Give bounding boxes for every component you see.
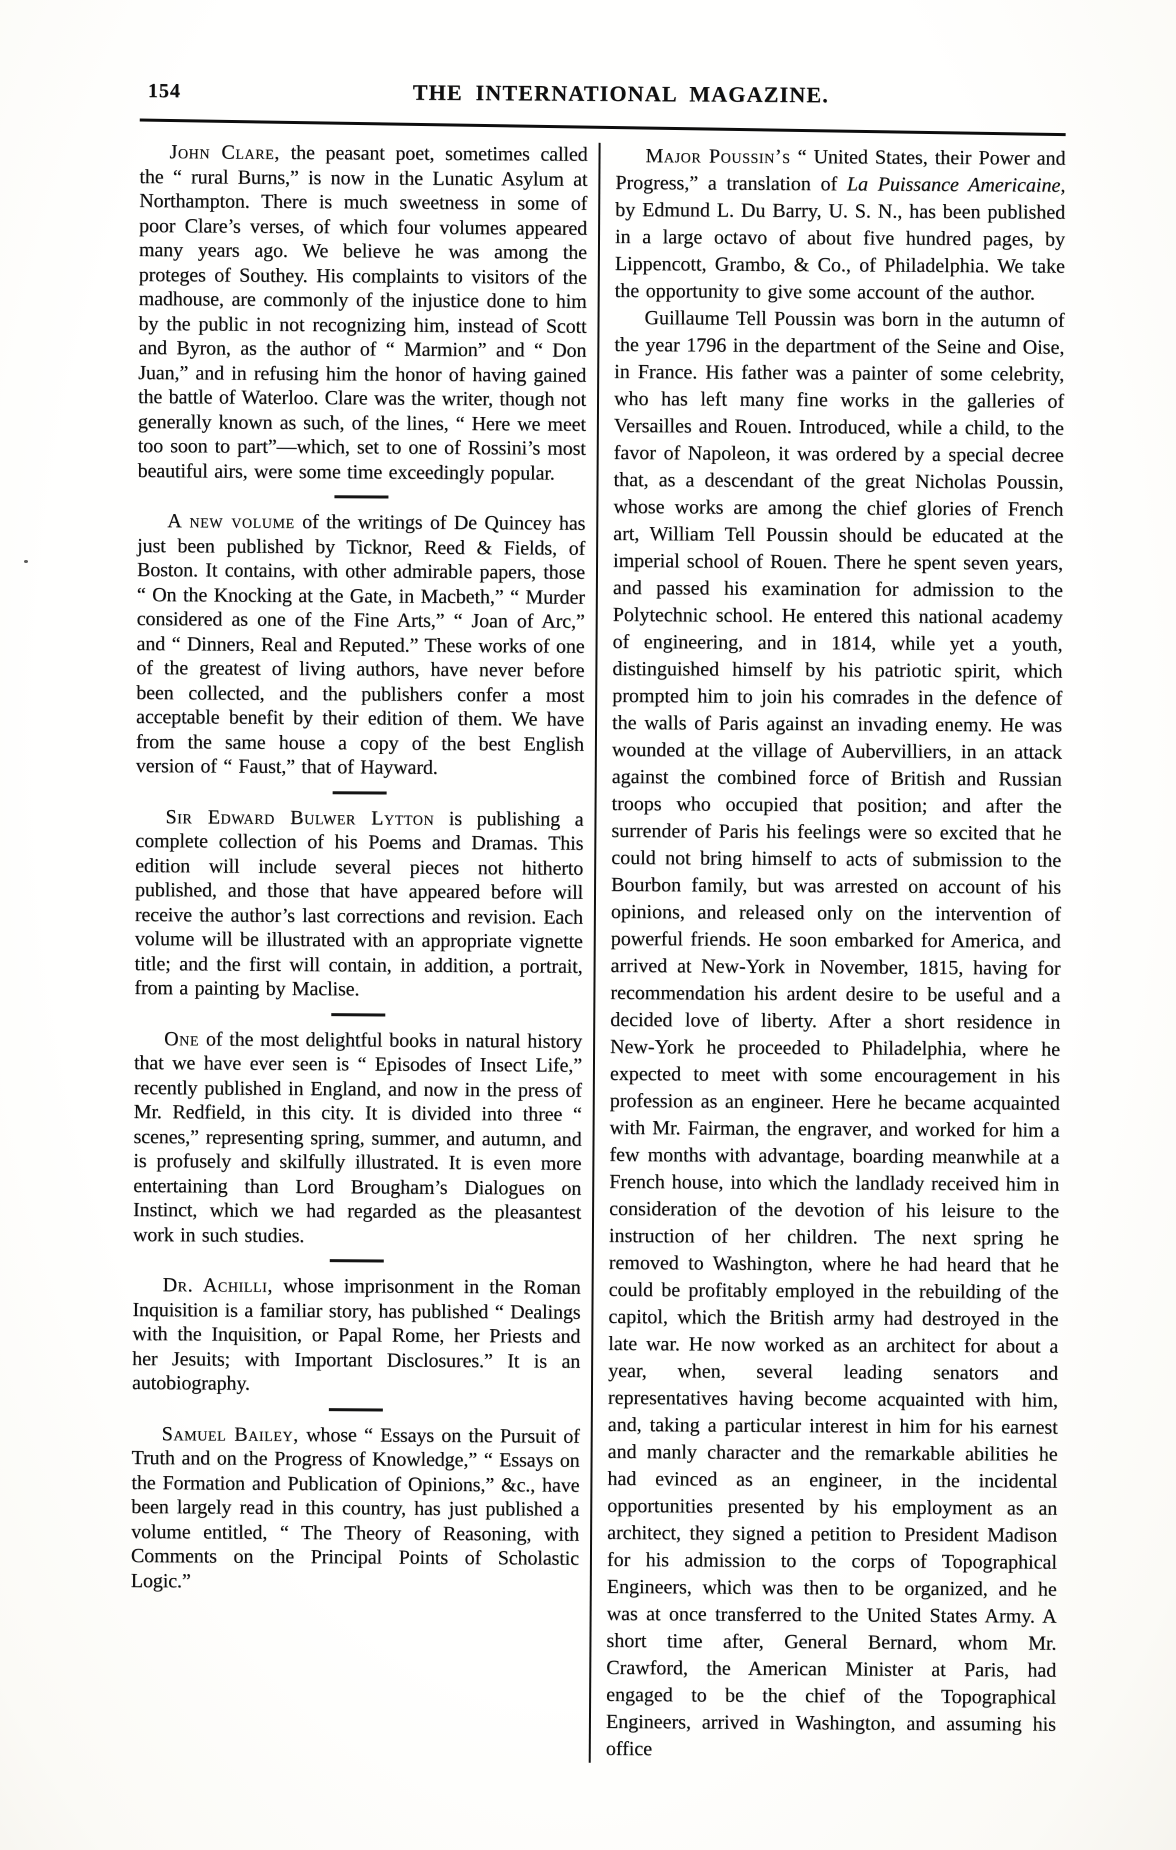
- article-book-title-italic: La Puissance Americaine,: [847, 173, 1066, 196]
- page-header: 154 THE INTERNATIONAL MAGAZINE.: [140, 78, 1066, 118]
- page-content: 154 THE INTERNATIONAL MAGAZINE. John Cla…: [130, 78, 1066, 1766]
- news-item-lead: Samuel Bailey,: [162, 1423, 299, 1446]
- left-column: John Clare, the peasant poet, sometimes …: [130, 140, 588, 1763]
- news-item-lead: John Clare,: [169, 141, 280, 164]
- section-divider: [334, 495, 388, 498]
- right-column: Major Poussin’s “ United States, their P…: [606, 143, 1066, 1766]
- header-rule: [140, 119, 1066, 137]
- news-item-lead: Dr. Achilli,: [163, 1274, 274, 1297]
- column-divider-rule: [589, 143, 601, 1763]
- news-item-text: whose “ Essays on the Pursuit of Truth a…: [131, 1423, 580, 1591]
- columns: John Clare, the peasant poet, sometimes …: [130, 140, 1066, 1766]
- news-item-dr-achilli: Dr. Achilli, whose imprisonment in the R…: [132, 1273, 581, 1398]
- article-paragraph-biography: Guillaume Tell Poussin was born in the a…: [606, 305, 1065, 1766]
- section-divider: [331, 1013, 385, 1016]
- news-item-text: the peasant poet, sometimes called the “…: [138, 142, 588, 484]
- news-item-insect-life: One of the most delightful books in natu…: [133, 1026, 582, 1249]
- section-divider: [330, 1259, 384, 1262]
- page-title: THE INTERNATIONAL MAGAZINE.: [158, 78, 1084, 110]
- section-divider: [333, 791, 387, 794]
- news-item-samuel-bailey: Samuel Bailey, whose “ Essays on the Pur…: [131, 1421, 580, 1595]
- news-item-text: is publishing a complete collection of h…: [134, 807, 583, 1000]
- news-item-lead: One: [164, 1028, 199, 1050]
- news-item-john-clare: John Clare, the peasant poet, sometimes …: [138, 140, 588, 486]
- scan-speck: [24, 560, 28, 563]
- article-lead: Major Poussin’s: [645, 145, 790, 168]
- news-item-lead: A new volume: [167, 510, 295, 533]
- news-item-lead: Sir Edward Bulwer Lytton: [165, 806, 434, 830]
- news-item-de-quincey: A new volume of the writings of De Quinc…: [136, 509, 586, 781]
- article-intro-rest: by Edmund L. Du Barry, U. S. N., has bee…: [615, 199, 1066, 305]
- news-item-text: of the writings of De Quincey has just b…: [136, 511, 586, 779]
- news-item-text: of the most delightful books in natural …: [133, 1028, 582, 1247]
- news-item-bulwer-lytton: Sir Edward Bulwer Lytton is publishing a…: [134, 804, 583, 1003]
- article-paragraph-intro: Major Poussin’s “ United States, their P…: [615, 143, 1066, 308]
- section-divider: [329, 1408, 383, 1411]
- magazine-page: 154 THE INTERNATIONAL MAGAZINE. John Cla…: [0, 0, 1176, 1850]
